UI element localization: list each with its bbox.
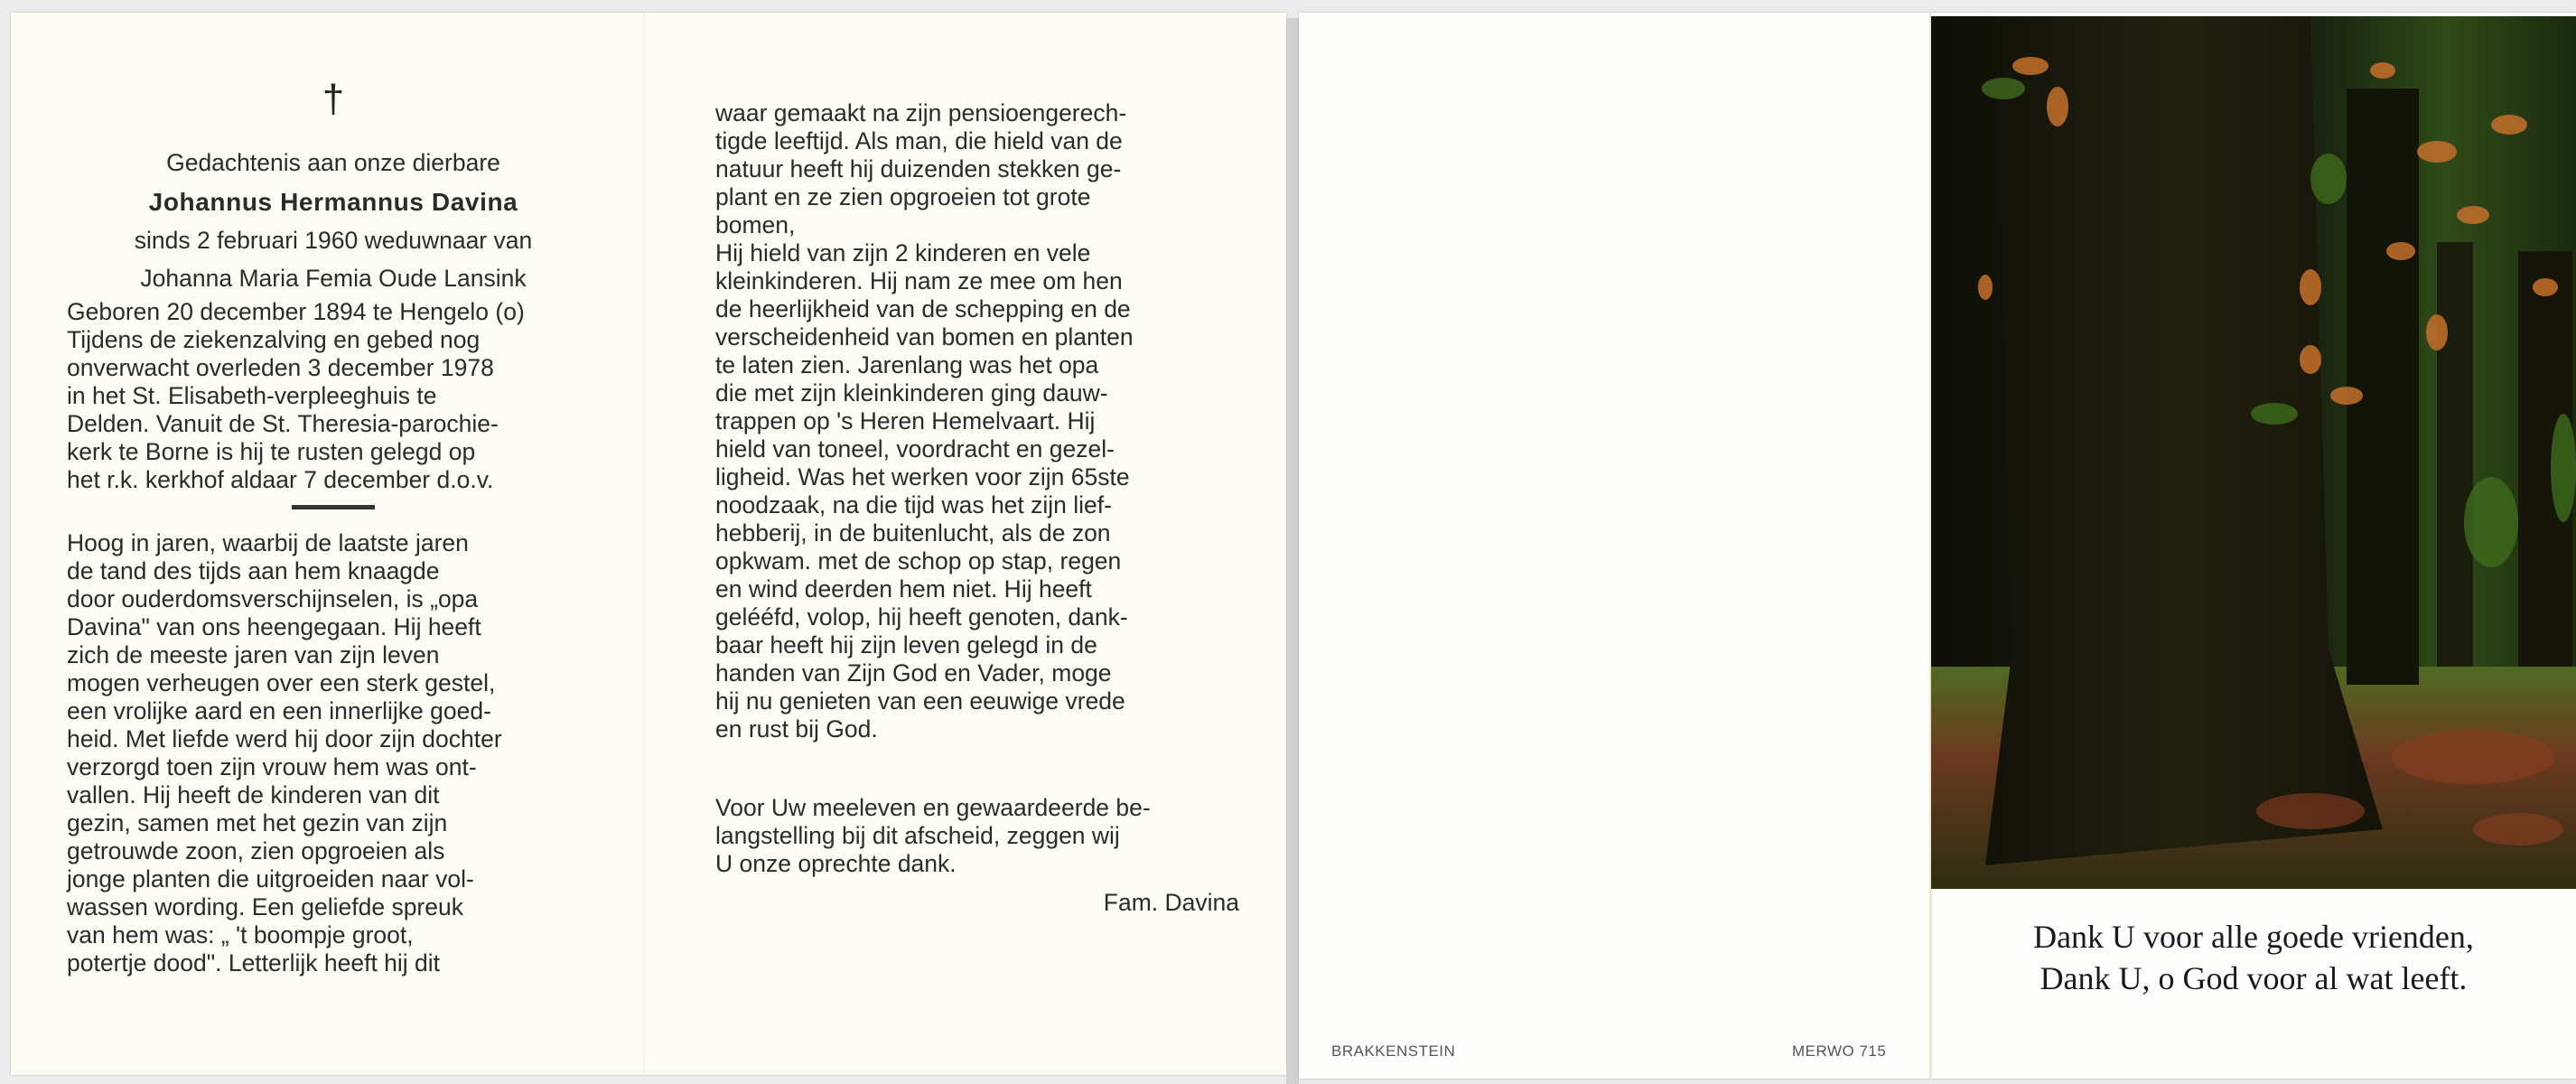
text-line: heid. Met liefde werd hij door zijn doch… <box>67 725 600 753</box>
text-line: Hoog in jaren, waarbij de laatste jaren <box>67 529 600 557</box>
text-line: Geboren 20 december 1894 te Hengelo (o) <box>67 298 600 326</box>
text-line: Voor Uw meeleven en gewaardeerde be- <box>715 794 1239 822</box>
family-signature: Fam. Davina <box>715 889 1239 917</box>
text-line: vallen. Hij heeft de kinderen van dit <box>67 781 600 809</box>
text-line: en rust bij God. <box>715 715 1239 743</box>
forest-photo <box>1931 16 2576 889</box>
text-line: de tand des tijds aan hem knaagde <box>67 557 600 585</box>
text-line: zich de meeste jaren van zijn leven <box>67 641 600 669</box>
caption-line: Dank U voor alle goede vrienden, <box>1931 916 2576 958</box>
text-line: tigde leeftijd. Als man, die hield van d… <box>715 127 1239 155</box>
text-line: gelééfd, volop, hij heeft genoten, dank- <box>715 603 1239 631</box>
text-line: ligheid. Was het werken voor zijn 65ste <box>715 463 1239 491</box>
text-line: die met zijn kleinkinderen ging dauw- <box>715 379 1239 407</box>
text-line: hebberij, in de buitenlucht, als de zon <box>715 519 1239 547</box>
text-line: trappen op 's Heren Hemelvaart. Hij <box>715 407 1239 435</box>
text-line: plant en ze zien opgroeien tot grote <box>715 183 1239 211</box>
spouse-name: Johanna Maria Femia Oude Lansink <box>67 258 600 298</box>
text-line: en wind deerden hem niet. Hij heeft <box>715 575 1239 603</box>
text-line: van hem was: „ 't boompje groot, <box>67 921 600 949</box>
text-line: jonge planten die uitgroeiden naar vol- <box>67 865 600 893</box>
text-line: langstelling bij dit afscheid, zeggen wi… <box>715 822 1239 850</box>
photo-caption: Dank U voor alle goede vrienden, Dank U,… <box>1931 916 2576 999</box>
text-line: het r.k. kerkhof aldaar 7 december d.o.v… <box>67 466 600 494</box>
text-line: natuur heeft hij duizenden stekken ge- <box>715 155 1239 183</box>
widower-line: sinds 2 februari 1960 weduwnaar van <box>67 222 600 258</box>
card-gap <box>1286 18 1299 1084</box>
text-line: Delden. Vanuit de St. Theresia-parochie- <box>67 410 600 438</box>
text-line: door ouderdomsverschijnselen, is „opa <box>67 585 600 613</box>
text-line: verscheidenheid van bomen en planten <box>715 323 1239 351</box>
life-details: Geboren 20 december 1894 te Hengelo (o)T… <box>67 298 600 494</box>
divider <box>292 505 375 509</box>
text-line: gezin, samen met het gezin van zijn <box>67 809 600 837</box>
text-line: Hij hield van zijn 2 kinderen en vele <box>715 239 1239 267</box>
text-line: hield van toneel, voordracht en gezel- <box>715 435 1239 463</box>
text-line: potertje dood". Letterlijk heeft hij dit <box>67 949 600 977</box>
text-line: baar heeft hij zijn leven gelegd in de <box>715 631 1239 659</box>
text-line: Tijdens de ziekenzalving en gebed nog <box>67 326 600 354</box>
memorial-card-inner-spread: † Gedachtenis aan onze dierbare Johannus… <box>11 13 1286 1075</box>
thanks-text: Voor Uw meeleven en gewaardeerde be-lang… <box>715 794 1239 878</box>
biography-continuation: waar gemaakt na zijn pensioengerech-tigd… <box>715 99 1239 743</box>
text-line: in het St. Elisabeth-verpleeghuis te <box>67 382 600 410</box>
biography-text: Hoog in jaren, waarbij de laatste jarend… <box>67 529 600 977</box>
deceased-name: Johannus Hermannus Davina <box>67 182 600 222</box>
memorial-card-outer-spread: BRAKKENSTEIN MERWO 715 <box>1299 13 2576 1079</box>
text-line: Davina" van ons heengegaan. Hij heeft <box>67 613 600 641</box>
text-line: getrouwde zoon, zien opgroeien als <box>67 837 600 865</box>
caption-line: Dank U, o God voor al wat leeft. <box>1931 958 2576 999</box>
text-line: kerk te Borne is hij te rusten gelegd op <box>67 438 600 466</box>
left-page: † Gedachtenis aan onze dierbare Johannus… <box>67 79 600 977</box>
text-line: een vrolijke aard en een innerlijke goed… <box>67 697 600 725</box>
product-code: MERWO 715 <box>1792 1042 1886 1061</box>
text-line: opkwam. met de schop op stap, regen <box>715 547 1239 575</box>
text-line: verzorgd toen zijn vrouw hem was ont- <box>67 753 600 781</box>
text-line: noodzaak, na die tijd was het zijn lief- <box>715 491 1239 519</box>
cross-icon: † <box>67 79 600 119</box>
text-line: U onze oprechte dank. <box>715 850 1239 878</box>
text-line: onverwacht overleden 3 december 1978 <box>67 354 600 382</box>
text-line: wassen wording. Een geliefde spreuk <box>67 893 600 921</box>
text-line: kleinkinderen. Hij nam ze mee om hen <box>715 267 1239 295</box>
middle-page: waar gemaakt na zijn pensioengerech-tigd… <box>715 99 1239 917</box>
text-line: mogen verheugen over een sterk gestel, <box>67 669 600 697</box>
intro-text: Gedachtenis aan onze dierbare <box>67 143 600 182</box>
text-line: bomen, <box>715 211 1239 239</box>
fold-line <box>643 13 645 1075</box>
text-line: waar gemaakt na zijn pensioengerech- <box>715 99 1239 127</box>
publisher-imprint: BRAKKENSTEIN <box>1331 1042 1455 1061</box>
text-line: handen van Zijn God en Vader, moge <box>715 659 1239 687</box>
text-line: hij nu genieten van een eeuwige vrede <box>715 687 1239 715</box>
text-line: de heerlijkheid van de schepping en de <box>715 295 1239 323</box>
text-line: te laten zien. Jarenlang was het opa <box>715 351 1239 379</box>
